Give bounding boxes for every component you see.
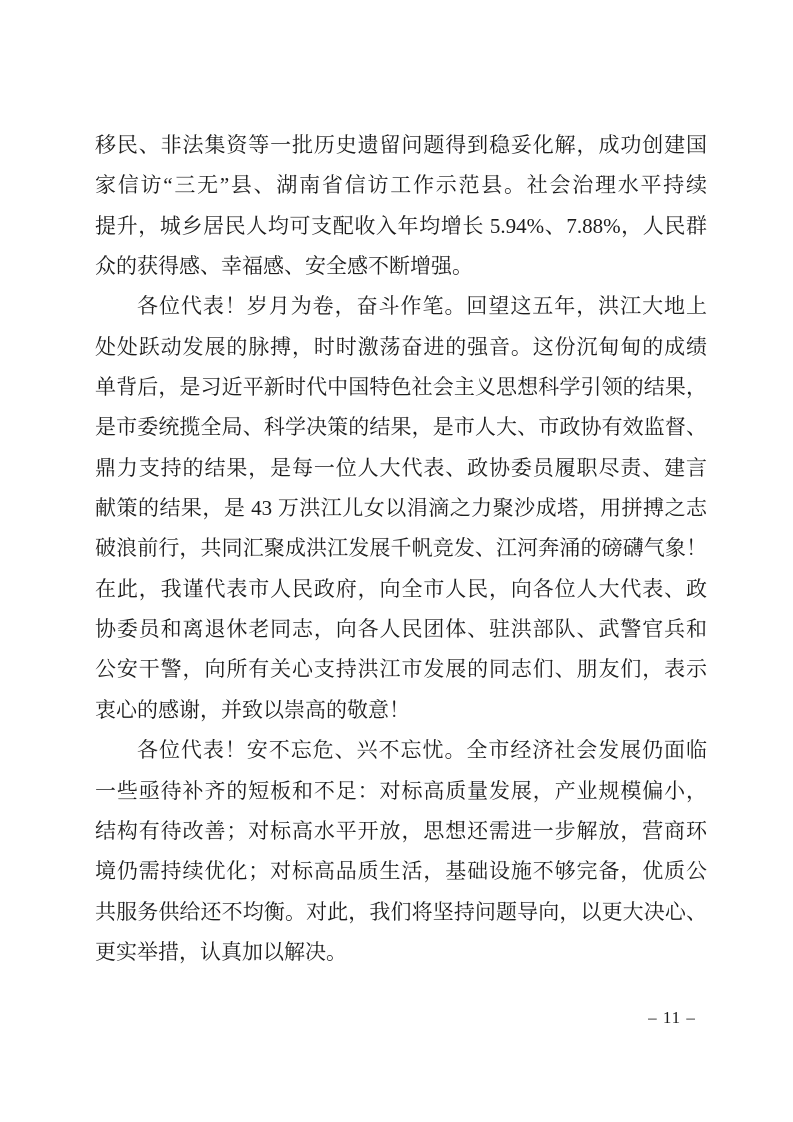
text-line: 结构有待改善；对标高水平开放，思想还需进一步解放，营商环 [95, 811, 707, 851]
text-line: 协委员和离退休老同志，向各人民团体、驻洪部队、武警官兵和 [95, 609, 707, 649]
text-line: 一些亟待补齐的短板和不足：对标高质量发展，产业规模偏小， [95, 771, 707, 811]
text-line: 破浪前行，共同汇聚成洪江发展千帆竞发、江河奔涌的磅礴气象！ [95, 528, 707, 568]
text-line: 境仍需持续优化；对标高品质生活，基础设施不够完备，优质公 [95, 851, 707, 891]
text-line: 提升，城乡居民人均可支配收入年均增长 5.94%、7.88%，人民群 [95, 206, 707, 246]
text-line: 公安干警，向所有关心支持洪江市发展的同志们、朋友们，表示 [95, 649, 707, 689]
text-line: 献策的结果，是 43 万洪江儿女以涓滴之力聚沙成塔，用拼搏之志 [95, 488, 707, 528]
page-number: – 11 – [640, 1008, 704, 1028]
text-line: 是市委统揽全局、科学决策的结果，是市人大、市政协有效监督、 [95, 407, 707, 447]
text-line: 各位代表！安不忘危、兴不忘忧。全市经济社会发展仍面临 [95, 730, 707, 770]
text-line: 各位代表！岁月为卷，奋斗作笔。回望这五年，洪江大地上 [95, 286, 707, 326]
text-line: 处处跃动发展的脉搏，时时激荡奋进的强音。这份沉甸甸的成绩 [95, 327, 707, 367]
text-line: 衷心的感谢，并致以崇高的敬意！ [95, 690, 707, 730]
text-line: 共服务供给还不均衡。对此，我们将坚持问题导向，以更大决心、 [95, 892, 707, 932]
document-page: 移民、非法集资等一批历史遗留问题得到稳妥化解，成功创建国家信访“三无”县、湖南省… [0, 0, 793, 1122]
text-line: 鼎力支持的结果，是每一位人大代表、政协委员履职尽责、建言 [95, 448, 707, 488]
paragraph: 各位代表！安不忘危、兴不忘忧。全市经济社会发展仍面临一些亟待补齐的短板和不足：对… [95, 730, 707, 972]
document-body: 移民、非法集资等一批历史遗留问题得到稳妥化解，成功创建国家信访“三无”县、湖南省… [95, 125, 707, 972]
text-line: 移民、非法集资等一批历史遗留问题得到稳妥化解，成功创建国 [95, 125, 707, 165]
text-line: 更实举措，认真加以解决。 [95, 932, 707, 972]
text-line: 单背后，是习近平新时代中国特色社会主义思想科学引领的结果， [95, 367, 707, 407]
text-line: 在此，我谨代表市人民政府，向全市人民，向各位人大代表、政 [95, 569, 707, 609]
text-line: 家信访“三无”县、湖南省信访工作示范县。社会治理水平持续 [95, 165, 707, 205]
paragraph: 各位代表！岁月为卷，奋斗作笔。回望这五年，洪江大地上处处跃动发展的脉搏，时时激荡… [95, 286, 707, 730]
text-line: 众的获得感、幸福感、安全感不断增强。 [95, 246, 707, 286]
paragraph: 移民、非法集资等一批历史遗留问题得到稳妥化解，成功创建国家信访“三无”县、湖南省… [95, 125, 707, 286]
